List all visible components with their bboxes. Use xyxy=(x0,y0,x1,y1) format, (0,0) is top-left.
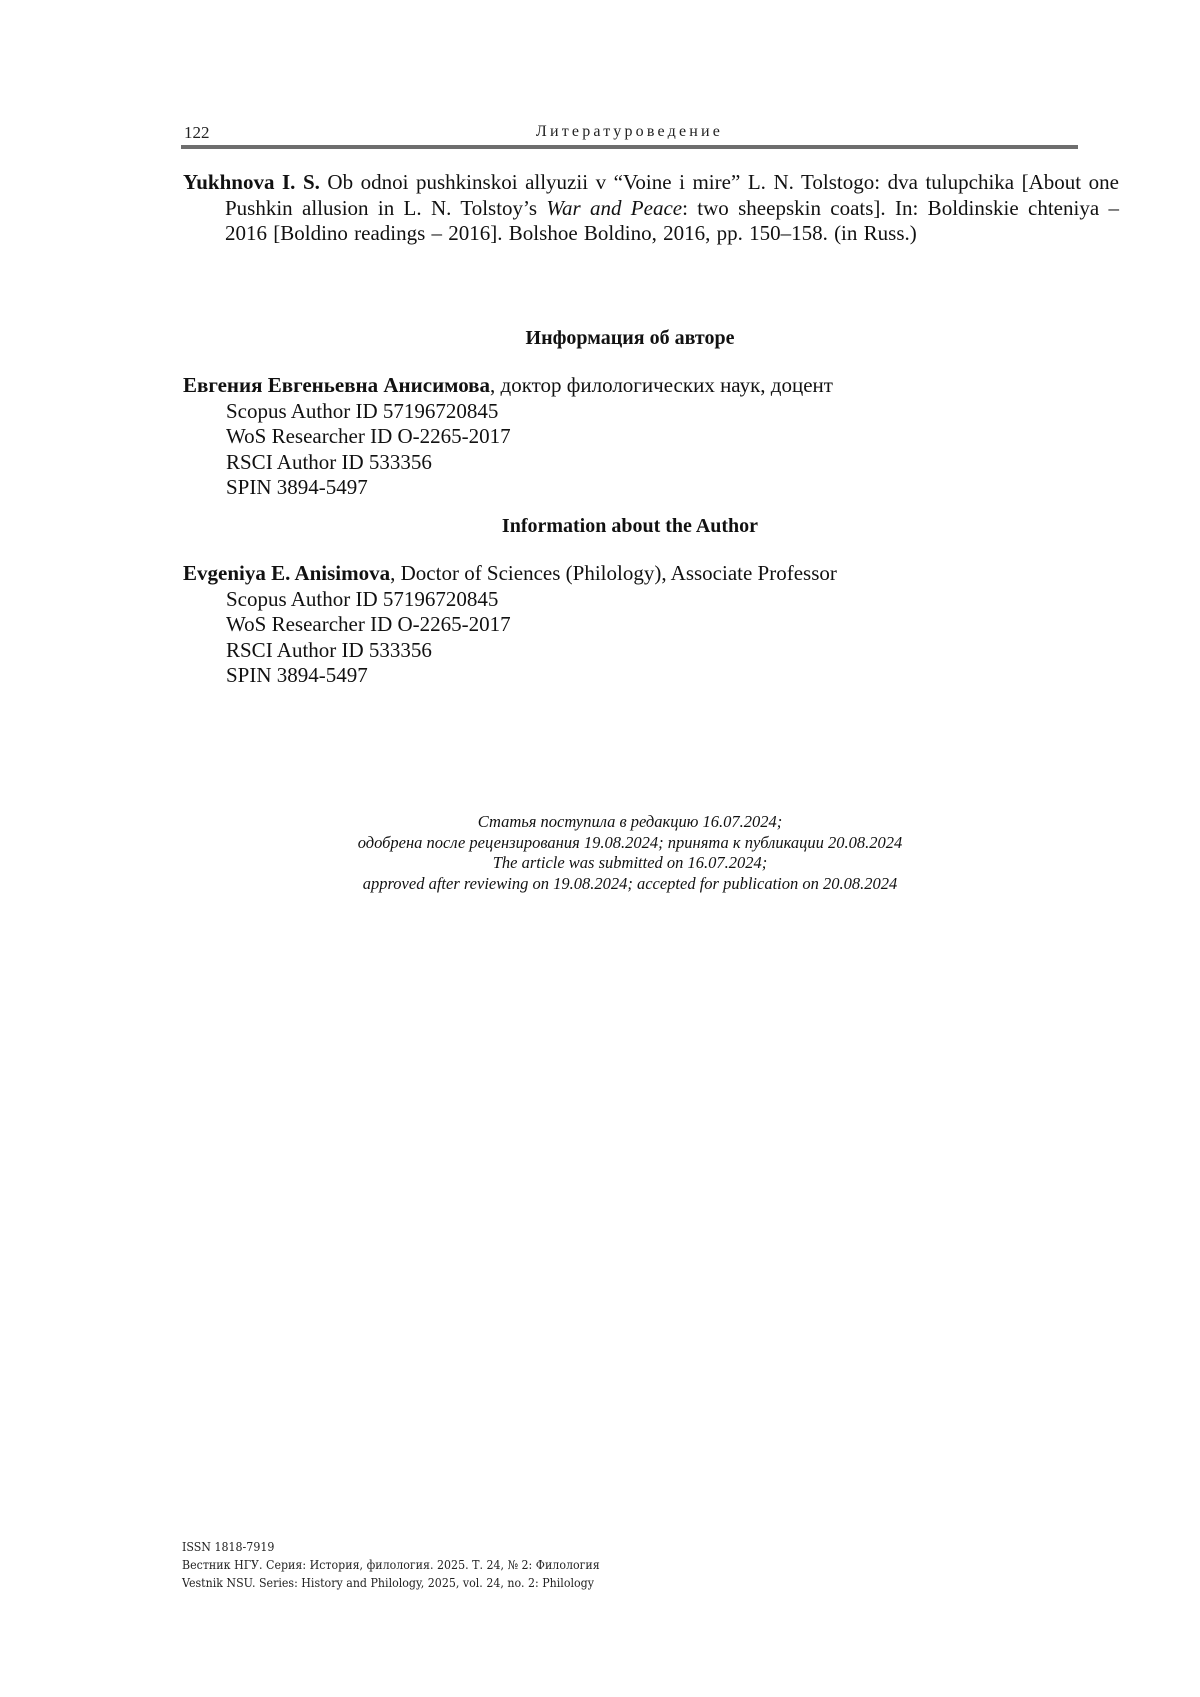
history-line-submitted-en: The article was submitted on 16.07.2024; xyxy=(183,853,1077,874)
scopus-id-ru: Scopus Author ID 57196720845 xyxy=(183,399,1077,425)
author-info-heading-en: Information about the Author xyxy=(183,515,1077,538)
spin-ru: SPIN 3894-5497 xyxy=(183,475,1077,501)
footer-issn: ISSN 1818-7919 xyxy=(182,1538,600,1556)
spin-en: SPIN 3894-5497 xyxy=(183,663,1077,689)
page-footer: ISSN 1818-7919 Вестник НГУ. Серия: Истор… xyxy=(182,1538,600,1592)
wos-id-ru: WoS Researcher ID O-2265-2017 xyxy=(183,424,1077,450)
reference-italic-title: War and Peace xyxy=(546,196,682,220)
author-name-line-en: Evgeniya E. Anisimova, Doctor of Science… xyxy=(183,561,1077,587)
running-head: 122 Литературоведение xyxy=(182,121,1077,145)
header-rule xyxy=(181,145,1078,149)
section-title: Литературоведение xyxy=(182,123,1077,141)
footer-journal-en: Vestnik NSU. Series: History and Philolo… xyxy=(182,1574,600,1592)
author-credentials-en: , Doctor of Sciences (Philology), Associ… xyxy=(390,561,837,585)
article-history: Статья поступила в редакцию 16.07.2024; … xyxy=(183,812,1077,894)
scopus-id-en: Scopus Author ID 57196720845 xyxy=(183,587,1077,613)
author-name-ru: Евгения Евгеньевна Анисимова xyxy=(183,373,490,397)
author-info-ru: Евгения Евгеньевна Анисимова, доктор фил… xyxy=(183,373,1077,501)
author-info-heading-ru: Информация об авторе xyxy=(183,327,1077,350)
author-name-line-ru: Евгения Евгеньевна Анисимова, доктор фил… xyxy=(183,373,1077,399)
reference-author: Yukhnova I. S. xyxy=(183,170,320,194)
author-credentials-ru: , доктор филологических наук, доцент xyxy=(490,373,833,397)
history-line-submitted-ru: Статья поступила в редакцию 16.07.2024; xyxy=(183,812,1077,833)
history-line-approved-ru: одобрена после рецензирования 19.08.2024… xyxy=(183,833,1077,854)
reference-entry: Yukhnova I. S. Ob odnoi pushkinskoi ally… xyxy=(183,170,1119,247)
history-line-approved-en: approved after reviewing on 19.08.2024; … xyxy=(183,874,1077,895)
rsci-id-ru: RSCI Author ID 533356 xyxy=(183,450,1077,476)
author-name-en: Evgeniya E. Anisimova xyxy=(183,561,390,585)
footer-journal-ru: Вестник НГУ. Серия: История, филология. … xyxy=(182,1556,600,1574)
wos-id-en: WoS Researcher ID O-2265-2017 xyxy=(183,612,1077,638)
author-info-en: Evgeniya E. Anisimova, Doctor of Science… xyxy=(183,561,1077,689)
rsci-id-en: RSCI Author ID 533356 xyxy=(183,638,1077,664)
